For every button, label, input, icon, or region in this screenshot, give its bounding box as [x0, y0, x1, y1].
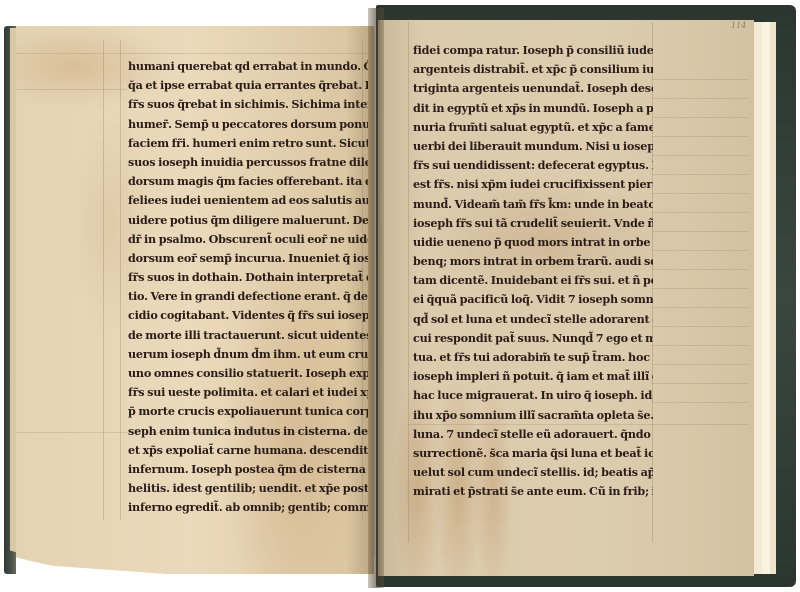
- text-line: mirati et p̃strati s̃e ante eum. Cũ in …: [413, 482, 653, 501]
- text-line: qd̃ sol et luna et undecĩ stelle adorar…: [413, 310, 653, 329]
- text-line: est fr̃s. nisi xp̃m iudei crucifixissent…: [413, 175, 653, 194]
- text-line: feliees iudei uenientem ad eos salutis a…: [128, 191, 368, 210]
- right-rule: [652, 326, 748, 327]
- left-rule: [16, 89, 126, 90]
- text-line: hac luce migrauerat. In uiro q̃ ioseph. …: [413, 386, 653, 405]
- text-line: dorsum magis q̃m facies offerebant. ita …: [128, 172, 368, 191]
- left-text-column: humani querebat qd errabat in mundo. Q̆ …: [128, 57, 368, 518]
- left-margin-rule-outer: [103, 40, 104, 520]
- text-line: uerbi dei liberauit mundum. Nisi u iosep…: [413, 137, 653, 156]
- text-line: uidere potius q̃m diligere maluerunt. De…: [128, 211, 368, 230]
- text-line: mund̃. Videam̃ tam̃ fr̃s k̃m: unde in be…: [413, 195, 653, 214]
- text-line: dr̃ in psalmo. Obscurent̃ oculi eor̃ ne …: [128, 230, 368, 249]
- text-line: infernum. Ioseph postea q̃m de cisterna …: [128, 460, 368, 479]
- text-line: uelut sol cum undecĩ stellis. id; beati…: [413, 463, 653, 482]
- right-rule: [652, 212, 748, 213]
- right-rule: [652, 269, 748, 270]
- right-rule: [652, 364, 748, 365]
- text-line: uno omnes consilio statuerit. Ioseph exp…: [128, 364, 368, 383]
- right-rule: [652, 231, 748, 232]
- right-rule: [652, 288, 748, 289]
- right-margin-rule-inner: [408, 22, 409, 542]
- right-rule: [652, 174, 748, 175]
- text-line: ioseph impleri ñ potuit. q̃ iam et mat̃…: [413, 367, 653, 386]
- spine-gutter: [368, 8, 384, 588]
- left-margin-rule-inner: [120, 40, 121, 520]
- text-line: cidio cogitabant. Videntes q̃ fr̃s sui i…: [128, 306, 368, 325]
- text-line: benq; mors intrat in orbem t̃rarũ. audi…: [413, 252, 653, 271]
- right-rule: [652, 193, 748, 194]
- text-line: ihu xp̃o somnium illĩ sacram̃ta opleta …: [413, 406, 653, 425]
- text-line: fr̃s sui uendidissent: defecerat egyptus…: [413, 156, 653, 175]
- text-line: humani querebat qd errabat in mundo. Q̆ …: [128, 57, 368, 76]
- text-line: uerum ioseph d̃num d̃m ihm. ut eum cruci…: [128, 345, 368, 364]
- text-line: triginta argenteis uenundat̃. Ioseph des…: [413, 79, 653, 98]
- text-line: inferno egredit̃. ab omnib; gentib; comm…: [128, 498, 368, 517]
- text-line: fr̃s sui ueste polimita. et calari et iu…: [128, 383, 368, 402]
- text-line: suos ioseph inuidia percussos fratne dil…: [128, 153, 368, 172]
- right-rule: [652, 345, 748, 346]
- text-line: fidei compa ratur. Ioseph p̃ consiliũ i…: [413, 41, 653, 60]
- text-line: tam dicentẽ. Inuidebant ei fr̃s sui. et…: [413, 271, 653, 290]
- text-line: surrectionẽ. s̃ca maria q̃si luna et be…: [413, 444, 653, 463]
- left-top-rule: [16, 53, 371, 54]
- right-rule: [652, 307, 748, 308]
- right-rule: [652, 250, 748, 251]
- right-rule: [652, 117, 748, 118]
- text-line: dit in egyptũ et xp̃s in mundũ. Ioseph…: [413, 99, 653, 118]
- text-line: humer̃. Semp̃ u peccatores dorsum ponunt…: [128, 115, 368, 134]
- text-line: ioseph fr̃s sui tã crudelit̃ seuierit. …: [413, 214, 653, 233]
- text-line: ei q̃quã pacificũ loq̃. Vidit 7 ioseph…: [413, 290, 653, 309]
- right-rule: [652, 383, 748, 384]
- text-line: fr̃s suos q̃rebat in sichimis. Sichima i…: [128, 95, 368, 114]
- text-line: et xp̃s expoliat̃ carne humana. descendi…: [128, 441, 368, 460]
- right-rule: [652, 98, 748, 99]
- text-line: faciem fr̃i. humeri enim retro sunt. Sic…: [128, 134, 368, 153]
- text-line: p̃ morte crucis expoliauerunt tunica cor…: [128, 402, 368, 421]
- text-line: nuria frum̃ti saluat egyptũ. et xp̃c a …: [413, 118, 653, 137]
- text-line: fr̃s suos in dothain. Dothain interpreta…: [128, 268, 368, 287]
- right-rule: [652, 402, 748, 403]
- text-line: seph enim tunica indutus in cisterna. de…: [128, 422, 368, 441]
- text-line: tio. Vere in grandi defectione erant. q̃…: [128, 287, 368, 306]
- right-rule: [652, 155, 748, 156]
- text-line: argenteis distrabit̃. et xp̃c p̃ consili…: [413, 60, 653, 79]
- folio-number: 114: [731, 21, 746, 30]
- text-line: cui respondit pat̃ suus. Nunqd̃ 7 ego et…: [413, 329, 653, 348]
- text-line: q̆a et ipse errabat quia errantes q̃reba…: [128, 76, 368, 95]
- text-line: helitis. idest gentilib; uendit. et xp̃e…: [128, 479, 368, 498]
- right-rule: [652, 136, 748, 137]
- right-text-column: fidei compa ratur. Ioseph p̃ consiliũ i…: [413, 41, 653, 502]
- text-line: de morte illi tractauerunt. sicut uident…: [128, 326, 368, 345]
- manuscript-spread: 114 humani querebat qd errabat in mundo.…: [0, 0, 800, 592]
- text-line: uidie ueneno p̃ quod mors intrat in orbe…: [413, 233, 653, 252]
- text-line: dorsum eor̃ semp̃ incurua. Inueniet q̃ i…: [128, 249, 368, 268]
- text-line: tua. et fr̃s tui adorabim̃ te sup̃ t̃ram…: [413, 348, 653, 367]
- right-rule: [652, 79, 748, 80]
- text-line: luna. 7 undecĩ stelle eũ adorauert. q̃…: [413, 425, 653, 444]
